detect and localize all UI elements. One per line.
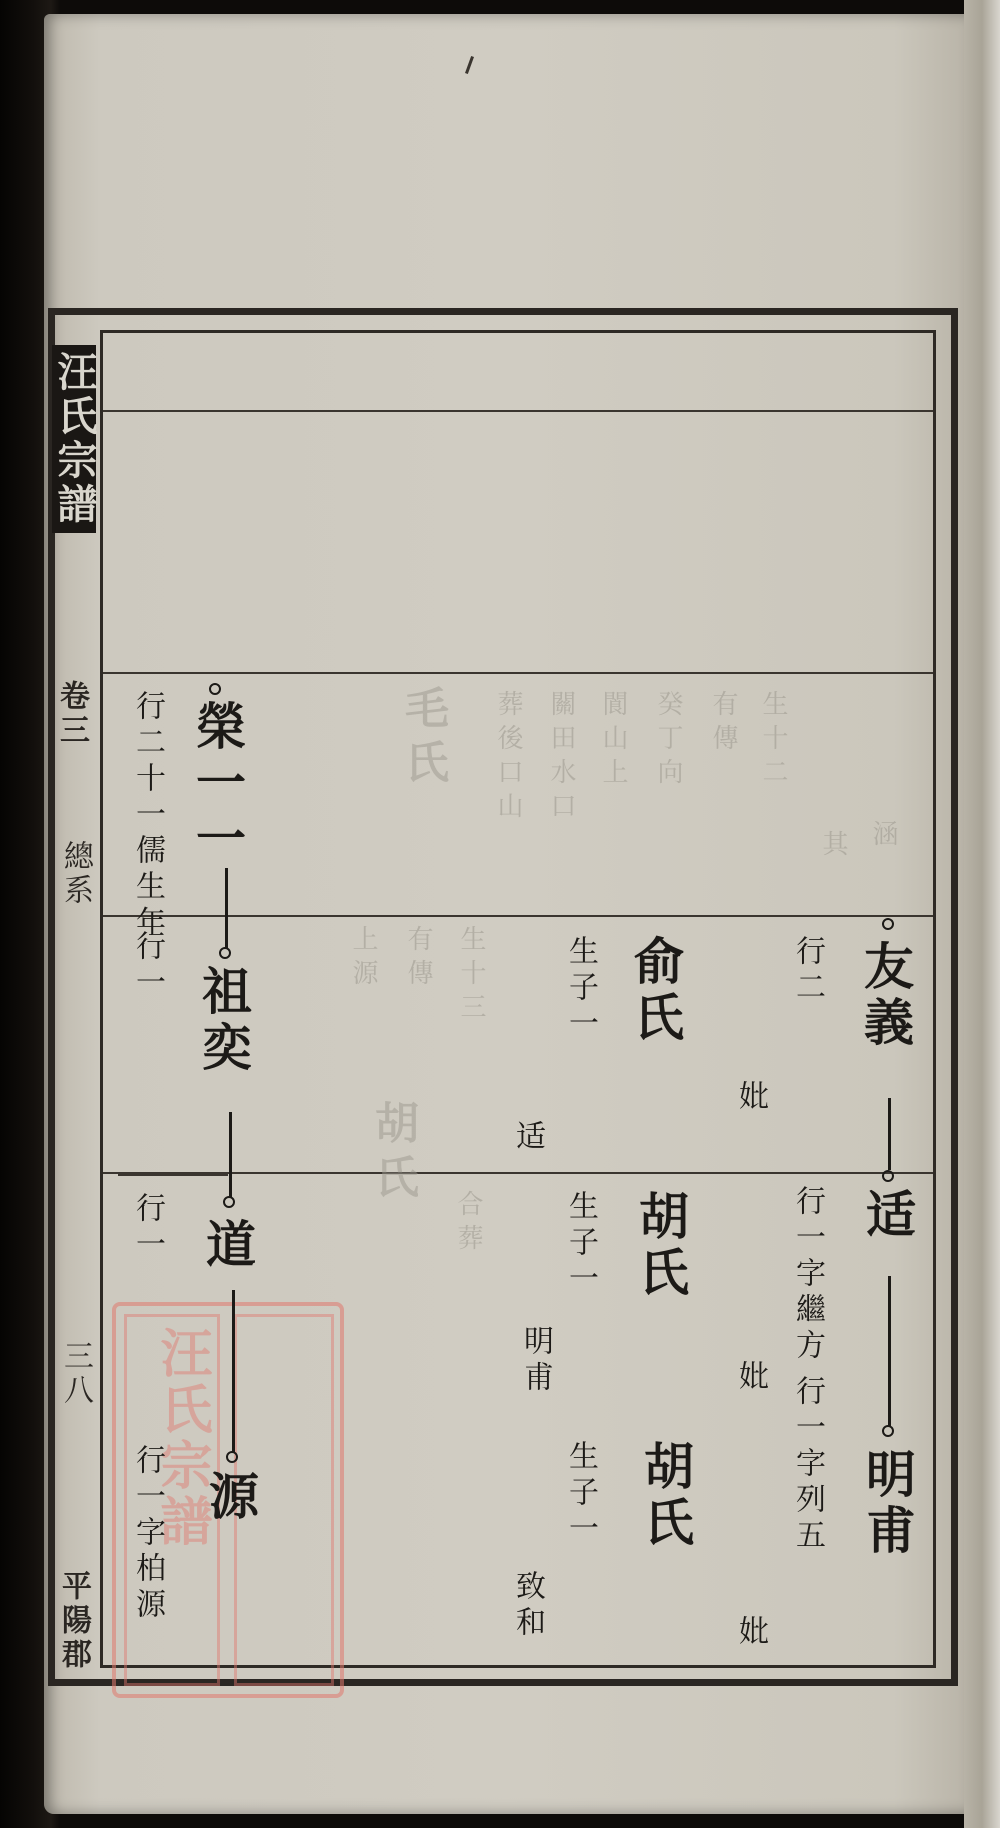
page-number: 三八 [60,1340,90,1408]
volume-label: 卷三 [56,680,86,748]
lineage-node [219,947,231,959]
spouse-surname-hu-1: 胡氏 [635,1190,685,1302]
book-title: 汪氏宗譜 [52,345,96,533]
spouse-child-yu: 适 [512,1120,542,1156]
ancestor-note-gen1: 行二十一儒生年 [132,690,162,942]
spouse-surname-hu-2: 胡氏 [640,1440,690,1552]
branch-line [118,1174,228,1176]
bleed-col: 合葬 [455,1190,481,1258]
ancestor-note-gen3: 行一 [132,1192,162,1264]
ancestor-name-gen3: 道 [202,1218,252,1274]
bleed-surname-1: 毛氏 [400,685,444,793]
section-label: 總系 [60,840,90,908]
bleed-col: 上源 [350,925,376,993]
bleed-col: 生十三 [458,925,484,1027]
bleed-surname-2: 胡氏 [370,1100,414,1208]
bleed-col: 有傳 [710,690,736,758]
spouse-label: 妣 [735,1080,765,1116]
spouse-child-hu-1: 明甫 [520,1325,550,1397]
lineage-connector [888,1276,891,1426]
ancestor-name-gen1: 榮一一 [192,700,242,868]
bleed-col: 關田水口 [548,690,574,826]
spouse-children-hu-1: 生子一 [565,1190,595,1298]
ancestor-name-gen2: 祖奕 [198,965,248,1077]
hall-name: 平陽郡 [58,1570,88,1672]
lineage-connector [888,1098,891,1170]
register-line-1 [103,672,933,674]
bleed-col: 有傳 [405,925,431,993]
lineage-connector [225,868,228,948]
lineage-name-mingfu: 明甫 [862,1448,912,1560]
spouse-children-yu: 生子一 [565,935,595,1043]
lineage-node [226,1451,238,1463]
bleed-col: 生十二 [760,690,786,792]
spouse-child-hu-2: 致和 [512,1570,542,1642]
lineage-connector [232,1290,235,1452]
spouse-label: 妣 [735,1615,765,1651]
bleed-col: 閬山上 [600,690,626,792]
lineage-connector [229,1112,232,1197]
lineage-name-youyi: 友義 [860,940,910,1052]
ancestor-note-gen4: 行一字柏源 [132,1444,162,1624]
lineage-node [223,1196,235,1208]
lineage-node [882,1170,894,1182]
page-edge [964,0,1000,1828]
spouse-children-hu-2: 生子一 [565,1440,595,1548]
register-line-top [103,410,933,412]
bleed-col: 癸丁向 [655,690,681,792]
lineage-node [209,683,221,695]
spouse-surname-yu: 俞氏 [630,935,680,1047]
lineage-note-kuo: 行一字繼方 [792,1185,822,1365]
bleed-mark: 涵 [870,820,896,854]
lineage-note-youyi: 行二 [792,935,822,1007]
lineage-note-mingfu: 行一字列五 [792,1375,822,1555]
bleed-col: 葬後口山 [495,690,521,826]
bleed-mark: 其 [820,830,846,864]
lineage-node [882,918,894,930]
lineage-node [882,1425,894,1437]
ancestor-note-gen2: 行一 [132,930,162,1002]
ancestor-name-gen4: 源 [205,1470,255,1526]
spouse-label: 妣 [735,1360,765,1396]
lineage-name-kuo: 适 [862,1188,912,1244]
register-line-2 [103,915,933,917]
